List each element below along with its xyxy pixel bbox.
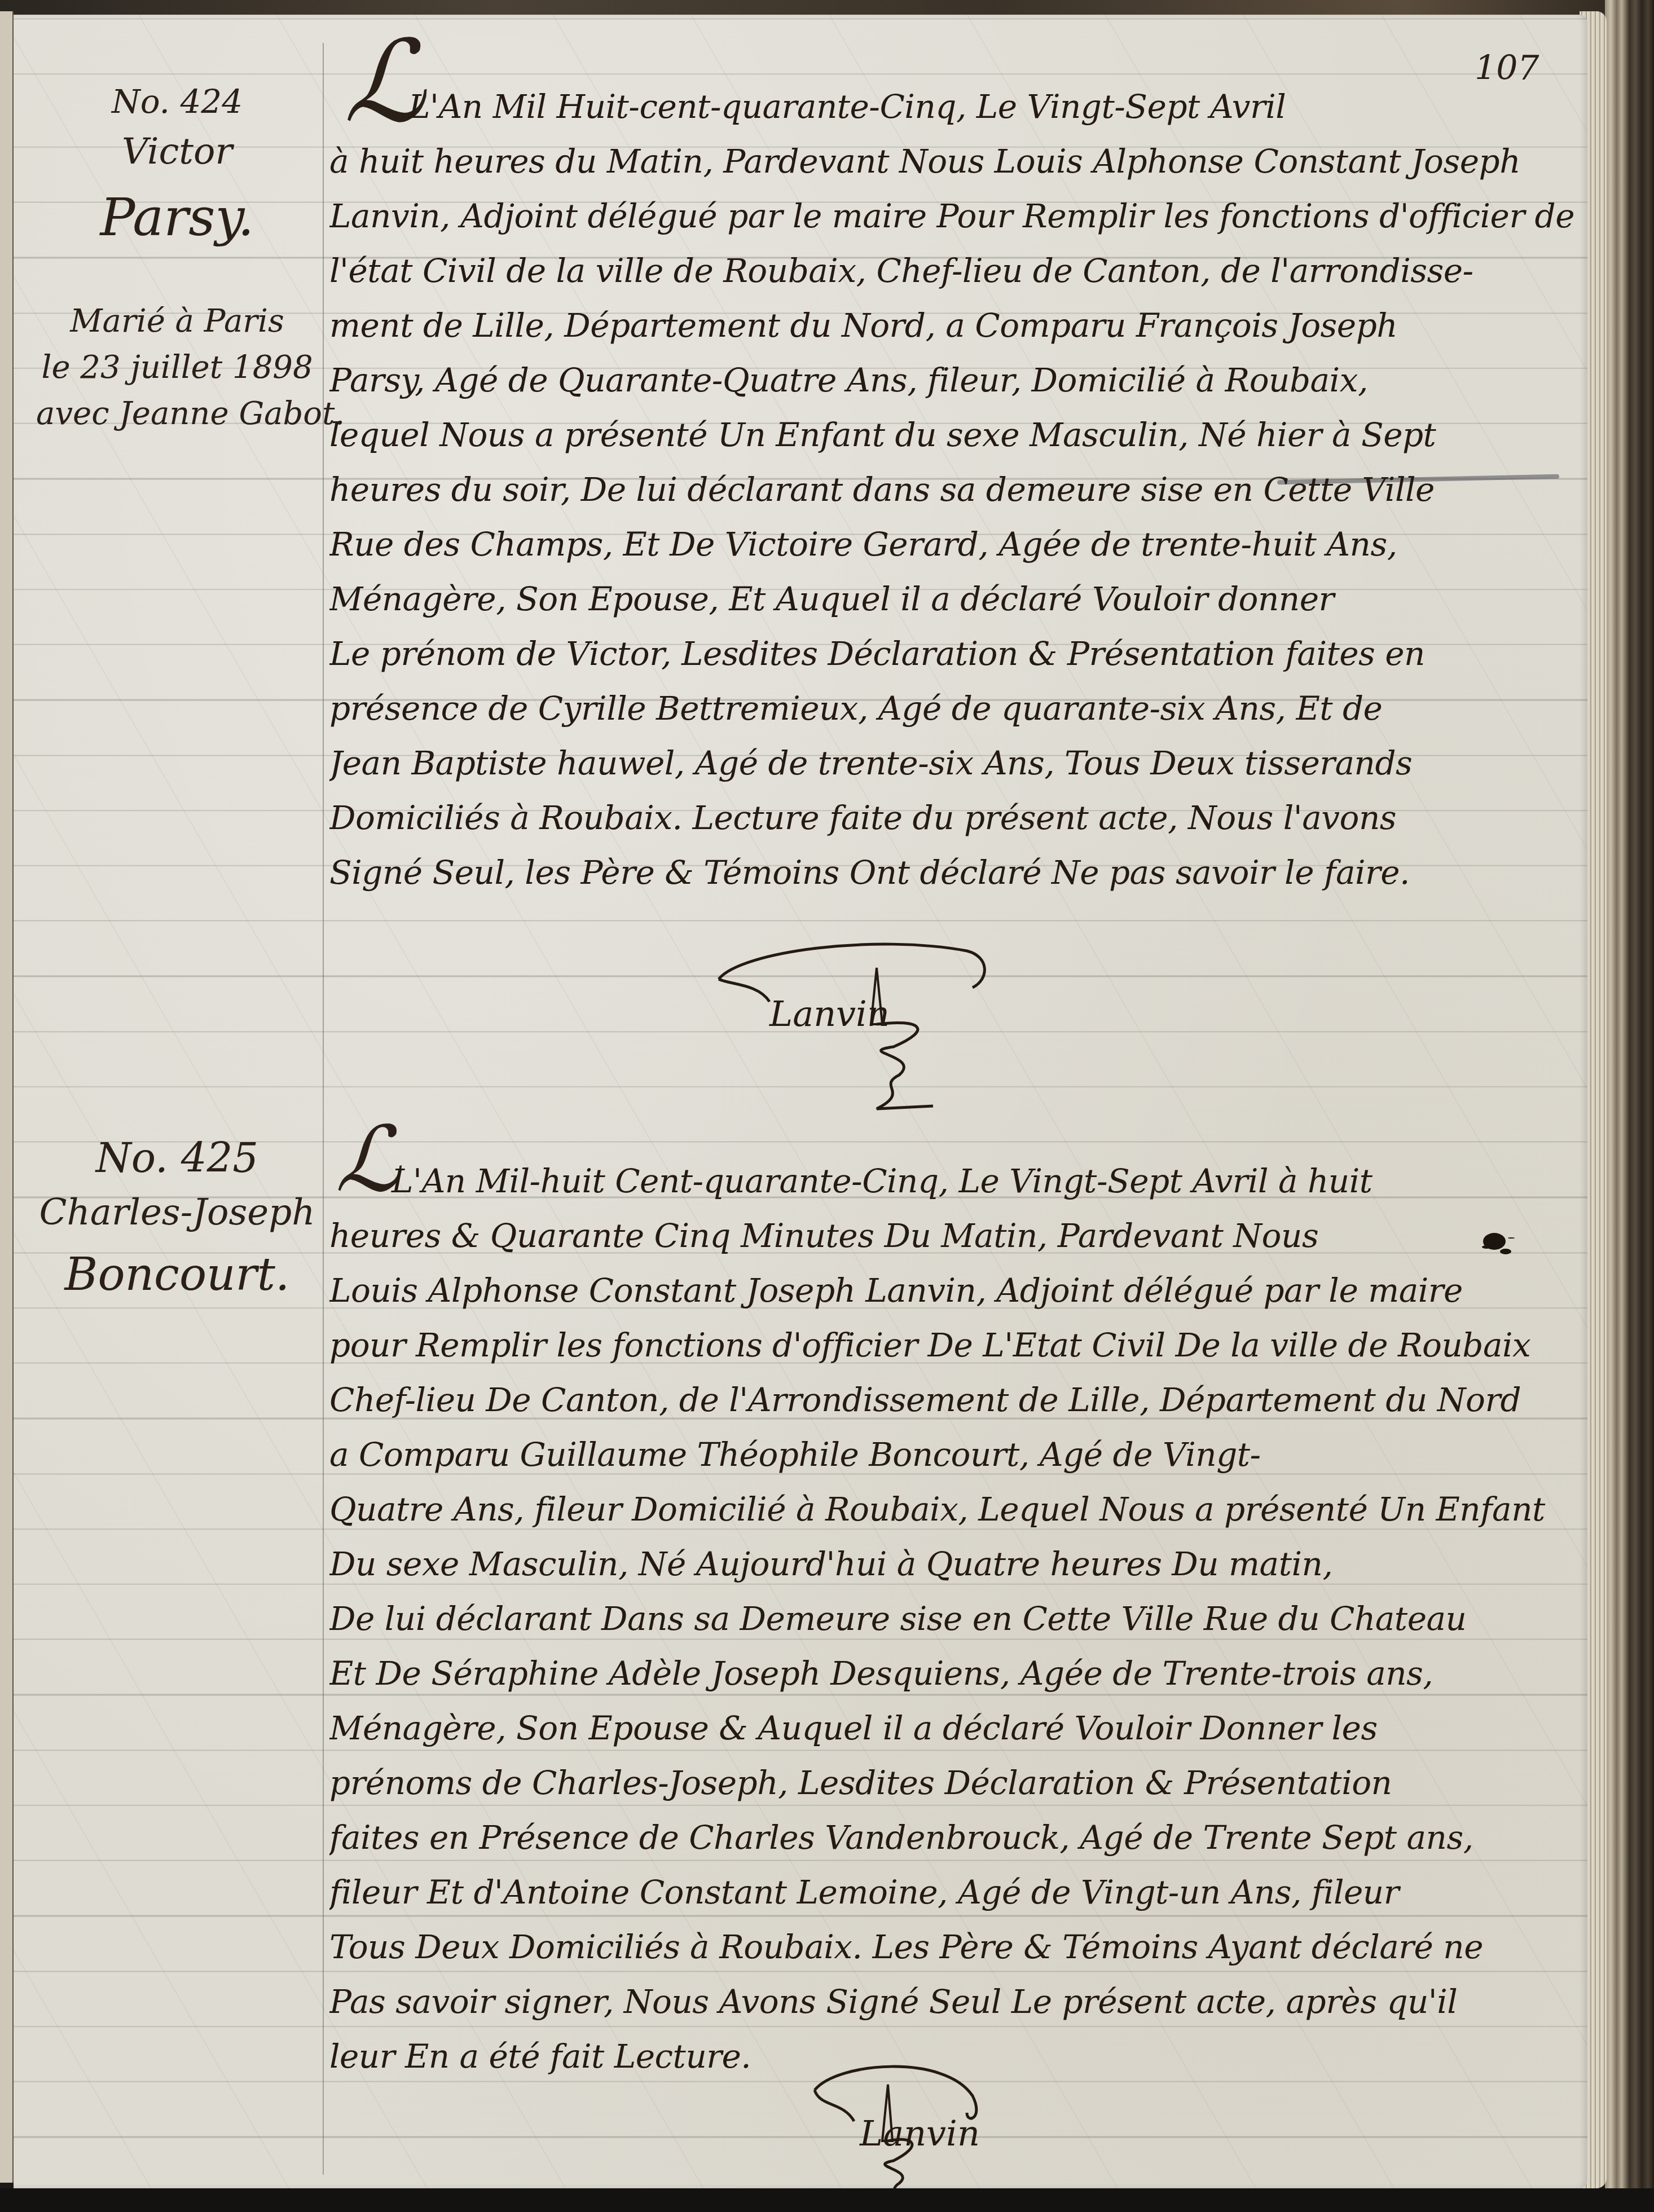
margin-rule: [323, 43, 324, 2175]
body-line: a Comparu Guillaume Théophile Boncourt, …: [329, 1424, 1582, 1478]
book-cover-bottom-edge: [0, 2188, 1654, 2212]
entry-body-424: L'An Mil Huit-cent-quarante-Cinq, Le Vin…: [329, 76, 1582, 896]
margin-entry-424: No. 424 Victor Parsy. Marié à Paris le 2…: [36, 82, 318, 437]
body-line: Du sexe Masculin, Né Aujourd'hui à Quatr…: [329, 1533, 1582, 1588]
body-line: présence de Cyrille Bettremieux, Agé de …: [329, 677, 1582, 732]
register-page: 107 No. 424 Victor Parsy. Marié à Paris …: [14, 15, 1587, 2188]
body-line: Signé Seul, les Père & Témoins Ont décla…: [329, 841, 1582, 896]
marriage-annotation-line: le 23 juillet 1898: [36, 345, 318, 391]
entry-surname: Boncourt.: [36, 1248, 318, 1301]
body-line: Parsy, Agé de Quarante-Quatre Ans, fileu…: [329, 349, 1582, 404]
marriage-annotation-line: avec Jeanne Gabot.: [36, 391, 318, 437]
body-line: Ménagère, Son Epouse & Auquel il a décla…: [329, 1697, 1582, 1752]
body-line: Ménagère, Son Epouse, Et Auquel il a déc…: [329, 568, 1582, 623]
previous-page-edge: [0, 11, 14, 2183]
body-line: ment de Lille, Département du Nord, a Co…: [329, 294, 1582, 349]
body-line: De lui déclarant Dans sa Demeure sise en…: [329, 1588, 1582, 1642]
body-line: l'état Civil de la ville de Roubaix, Che…: [329, 240, 1582, 294]
signature-flourish-icon: [803, 2056, 1040, 2203]
body-line: lequel Nous a présenté Un Enfant du sexe…: [329, 404, 1582, 459]
body-line: à huit heures du Matin, Pardevant Nous L…: [329, 130, 1582, 185]
book-binding: [1605, 0, 1654, 2212]
body-line: fileur Et d'Antoine Constant Lemoine, Ag…: [329, 1861, 1582, 1916]
body-line: Lanvin, Adjoint délégué par le maire Pou…: [329, 185, 1582, 240]
body-line: Louis Alphonse Constant Joseph Lanvin, A…: [329, 1259, 1582, 1314]
body-line: Pas savoir signer, Nous Avons Signé Seul…: [329, 1971, 1582, 2025]
body-line: heures du soir, De lui déclarant dans sa…: [329, 459, 1582, 513]
entry-number: No. 424: [36, 82, 318, 121]
body-line: Quatre Ans, fileur Domicilié à Roubaix, …: [329, 1478, 1582, 1533]
body-line: faites en Présence de Charles Vandenbrou…: [329, 1806, 1582, 1861]
entry-first-name: Charles-Joseph: [36, 1192, 318, 1233]
entry-surname: Parsy.: [36, 187, 318, 248]
body-line: Et De Séraphine Adèle Joseph Desquiens, …: [329, 1642, 1582, 1697]
marriage-annotation-line: Marié à Paris: [36, 298, 318, 345]
body-line: heures & Quarante Cinq Minutes Du Matin,…: [329, 1205, 1582, 1259]
body-line: prénoms de Charles-Joseph, Lesdites Décl…: [329, 1752, 1582, 1806]
margin-entry-425: No. 425 Charles-Joseph Boncourt.: [36, 1134, 318, 1323]
entry-body-425: L'An Mil-huit Cent-quarante-Cinq, Le Vin…: [329, 1150, 1582, 2080]
body-line: Domiciliés à Roubaix. Lecture faite du p…: [329, 787, 1582, 841]
body-line: Jean Baptiste hauwel, Agé de trente-six …: [329, 732, 1582, 787]
body-line: Chef-lieu De Canton, de l'Arrondissement…: [329, 1369, 1582, 1424]
entry-number: No. 425: [36, 1134, 318, 1182]
body-line: pour Remplir les fonctions d'officier De…: [329, 1314, 1582, 1369]
signature-flourish-icon: [707, 940, 1001, 1120]
body-line: Tous Deux Domiciliés à Roubaix. Les Père…: [329, 1916, 1582, 1971]
body-line: L'An Mil-huit Cent-quarante-Cinq, Le Vin…: [329, 1150, 1582, 1205]
entry-first-name: Victor: [36, 131, 318, 173]
body-line: Rue des Champs, Et De Victoire Gerard, A…: [329, 513, 1582, 568]
body-line: L'An Mil Huit-cent-quarante-Cinq, Le Vin…: [329, 76, 1582, 130]
body-line: Le prénom de Victor, Lesdites Déclaratio…: [329, 623, 1582, 677]
